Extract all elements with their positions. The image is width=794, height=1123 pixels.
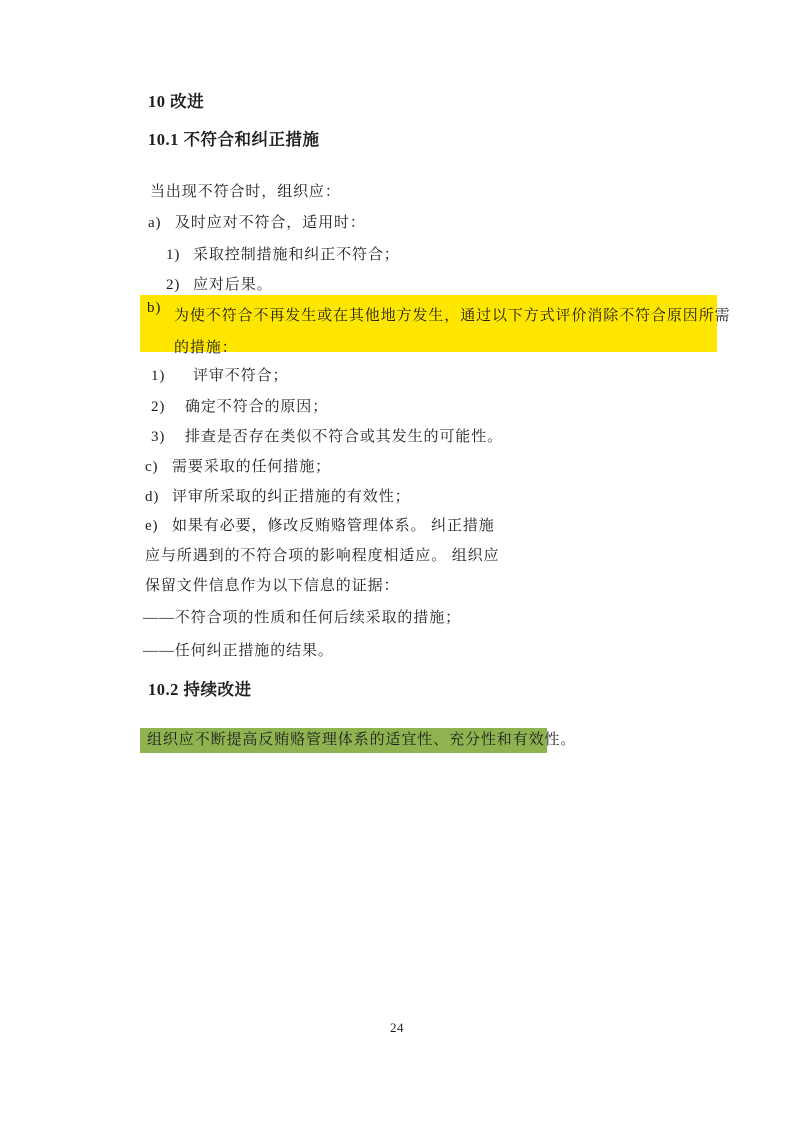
page-number: 24: [0, 1020, 794, 1036]
list-item-a: a) 及时应对不符合，适用时：: [148, 213, 366, 234]
list-marker-c: c): [145, 457, 172, 478]
list-item-a1: 1) 采取控制措施和纠正不符合；: [166, 245, 400, 266]
list-text-d: 评审所采取的纠正措施的有效性；: [172, 487, 411, 508]
list-item-d: d) 评审所采取的纠正措施的有效性；: [145, 487, 411, 508]
list-text-b-line1: 为使不符合不再发生或在其他地方发生，通过以下方式评价消除不符合原因所需: [174, 300, 731, 332]
list-text-a2: 应对后果。: [193, 275, 273, 296]
highlighted-green-text: 组织应不断提高反贿赂管理体系的适宜性、充分性和有效性。: [140, 728, 547, 753]
list-item-b2: 2) 确定不符合的原因；: [151, 397, 328, 418]
list-text-b-line2: 的措施：: [174, 332, 731, 364]
list-item-b3: 3) 排查是否存在类似不符合或其发生的可能性。: [151, 427, 503, 448]
list-marker-a2: 2): [166, 275, 193, 296]
paragraph-continuation-1: 应与所遇到的不符合项的影响程度相适应。 组织应: [145, 546, 499, 567]
list-text-b2: 确定不符合的原因；: [185, 397, 328, 418]
list-marker-b1: 1): [151, 366, 193, 387]
paragraph-intro: 当出现不符合时，组织应：: [150, 182, 341, 203]
list-item-b1: 1) 评审不符合；: [151, 366, 288, 387]
heading-10-2-continual-improvement: 10.2 持续改进: [148, 681, 252, 699]
list-text-a: 及时应对不符合，适用时：: [175, 213, 366, 234]
list-text-c: 需要采取的任何措施；: [172, 457, 331, 478]
dash-item-2: ——任何纠正措施的结果。: [143, 641, 334, 662]
highlight-yellow-block: b) 为使不符合不再发生或在其他地方发生，通过以下方式评价消除不符合原因所需 的…: [140, 295, 717, 352]
list-text-b1: 评审不符合；: [193, 366, 288, 387]
dash-item-1: ——不符合项的性质和任何后续采取的措施；: [143, 608, 461, 629]
list-marker-b: b): [147, 300, 174, 364]
list-marker-b2: 2): [151, 397, 185, 418]
list-item-e: e) 如果有必要，修改反贿赂管理体系。 纠正措施: [145, 516, 495, 537]
list-item-a2: 2) 应对后果。: [166, 275, 273, 296]
list-marker-d: d): [145, 487, 172, 508]
heading-10-improvement: 10 改进: [148, 93, 204, 111]
document-page: 10 改进 10.1 不符合和纠正措施 当出现不符合时，组织应： a) 及时应对…: [0, 0, 794, 1123]
list-marker-a: a): [148, 213, 175, 234]
paragraph-continuation-2: 保留文件信息作为以下信息的证据：: [145, 576, 399, 597]
heading-10-1-nonconformity: 10.1 不符合和纠正措施: [148, 131, 320, 149]
list-text-e: 如果有必要，修改反贿赂管理体系。 纠正措施: [172, 516, 495, 537]
highlight-green-block: 组织应不断提高反贿赂管理体系的适宜性、充分性和有效性。: [140, 728, 547, 753]
list-marker-e: e): [145, 516, 172, 537]
list-text-b: 为使不符合不再发生或在其他地方发生，通过以下方式评价消除不符合原因所需 的措施：: [174, 300, 731, 364]
list-marker-b3: 3): [151, 427, 185, 448]
list-marker-a1: 1): [166, 245, 193, 266]
list-item-b: b) 为使不符合不再发生或在其他地方发生，通过以下方式评价消除不符合原因所需 的…: [140, 295, 717, 364]
list-text-b3: 排查是否存在类似不符合或其发生的可能性。: [185, 427, 503, 448]
list-text-a1: 采取控制措施和纠正不符合；: [193, 245, 400, 266]
list-item-c: c) 需要采取的任何措施；: [145, 457, 331, 478]
